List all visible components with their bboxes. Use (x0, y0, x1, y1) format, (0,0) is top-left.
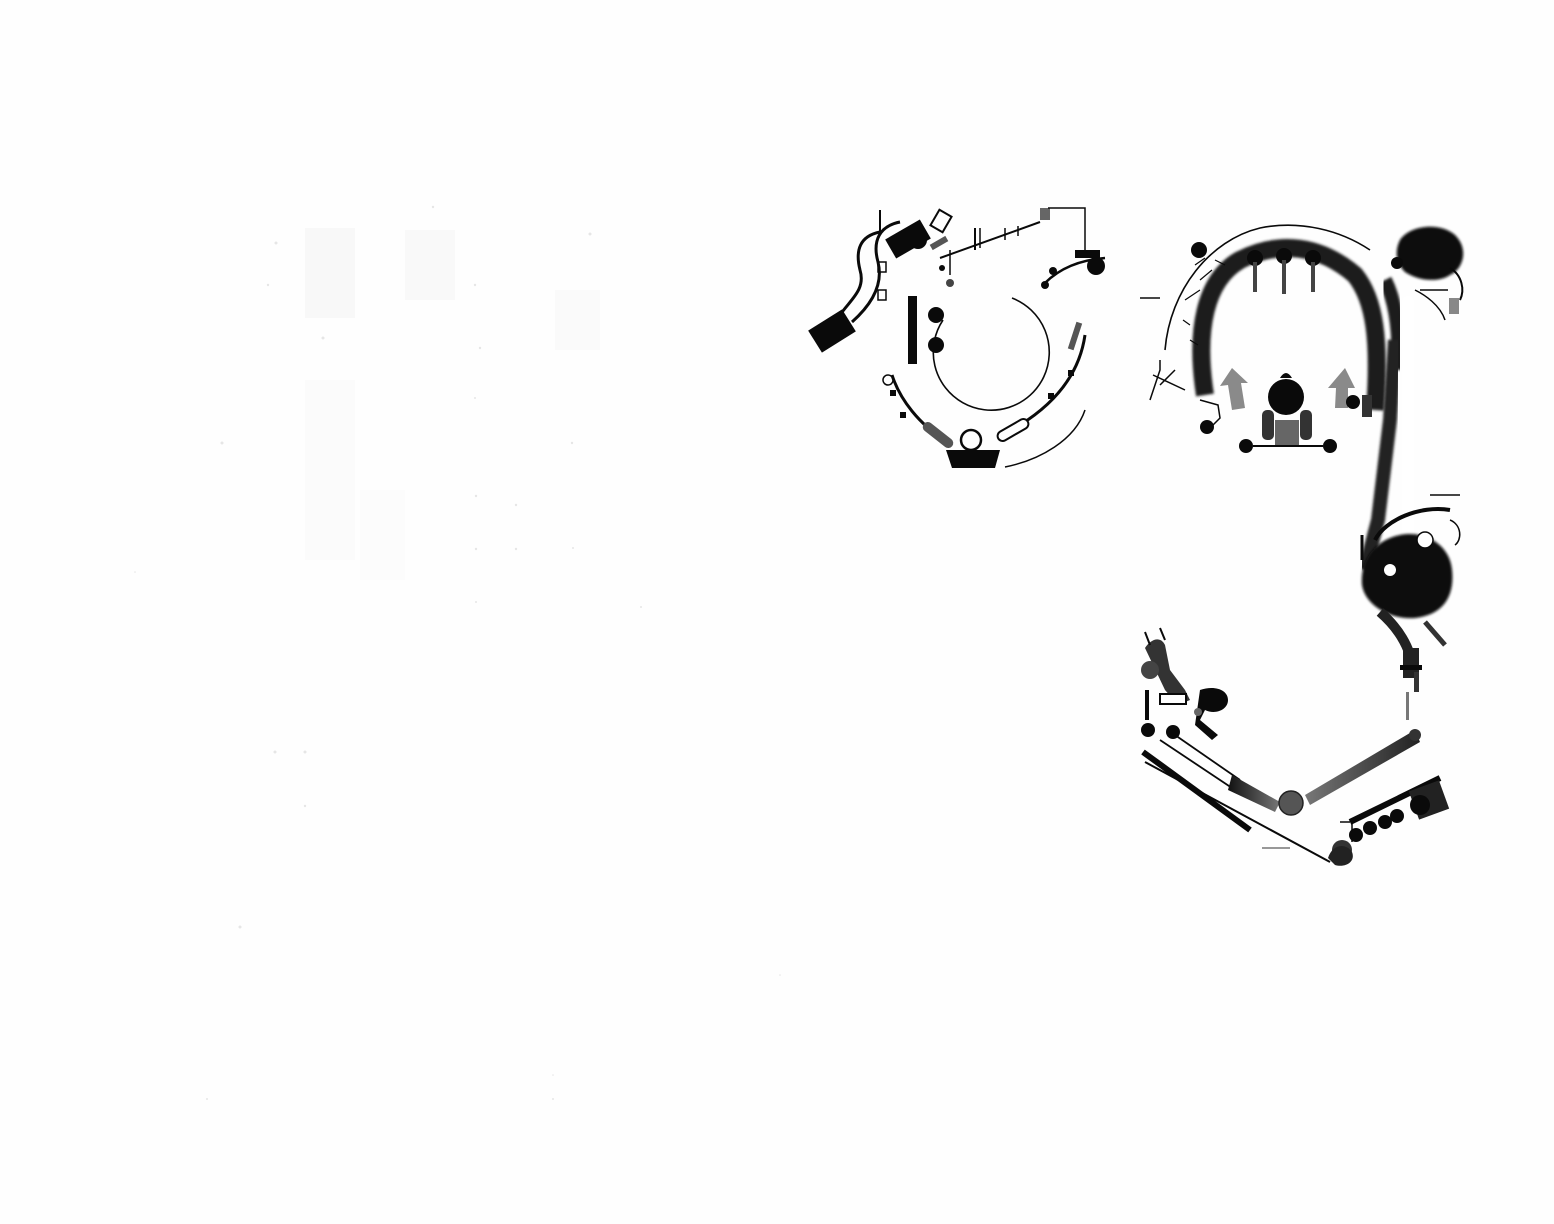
left-inlane-post-1 (1141, 723, 1155, 737)
main-playfield (1140, 225, 1463, 866)
upper-playfield (808, 208, 1105, 468)
left-ramp (840, 232, 880, 315)
playfield-canvas (0, 0, 1554, 1224)
upper-drain (961, 430, 981, 450)
right-bumper (1346, 395, 1360, 409)
upper-flipper-right (996, 417, 1030, 443)
left-ramp-diverter (808, 309, 856, 352)
upper-bumper-1 (928, 307, 944, 323)
upper-flipper-left (921, 420, 956, 450)
arrow-insert-left (1220, 368, 1248, 410)
upper-left-post (908, 296, 917, 364)
top-right-mechanism (1397, 227, 1463, 280)
drain-ball (1279, 791, 1303, 815)
upper-trough (946, 450, 1000, 468)
inner-orbit-ring (933, 298, 1049, 410)
faint-noise (134, 206, 781, 1100)
ball-trough (1328, 780, 1449, 865)
center-target (1268, 379, 1304, 415)
upper-bumper-2 (928, 337, 944, 353)
left-flipper (1228, 775, 1280, 812)
left-lower-bumper (1200, 420, 1214, 434)
